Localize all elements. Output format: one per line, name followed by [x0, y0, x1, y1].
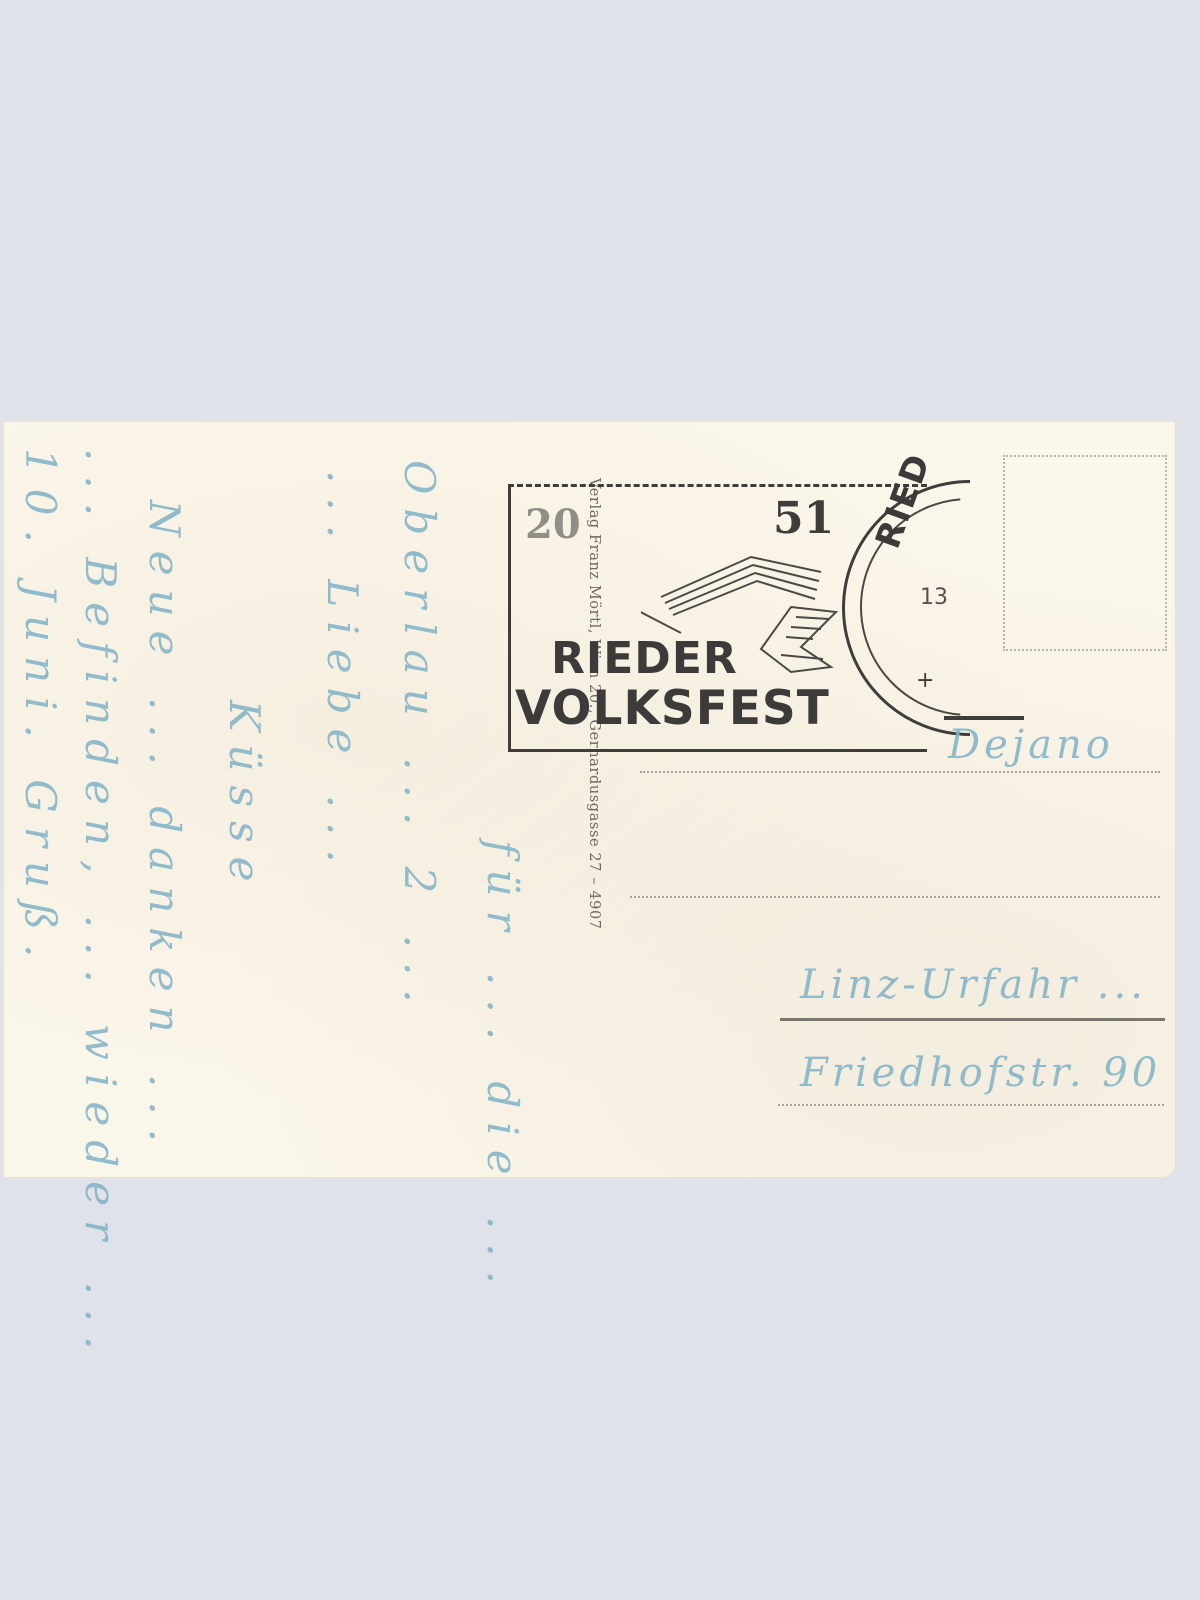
address-line-4 — [778, 1104, 1164, 1106]
address-line-1 — [640, 771, 1160, 773]
message-column-5: ... Liebe ... — [318, 470, 367, 877]
cancellation-slogan-line1: RIEDER — [551, 633, 738, 684]
message-column-3: Neue ... danken ... — [140, 500, 189, 1156]
address-text-3: Linz-Urfahr ... — [800, 962, 1147, 1008]
address-text-1: Dejano — [948, 722, 1114, 768]
address-underline — [780, 1018, 1165, 1021]
address-text-4: Friedhofstr. 90 — [800, 1050, 1161, 1096]
message-column-2: ... Befinden, ... wieder ... — [76, 448, 125, 1364]
cancellation-number-left: 20 — [525, 501, 581, 548]
cancellation-slogan-line2: VOLKSFEST — [515, 681, 830, 736]
stamp-box — [1003, 455, 1167, 651]
message-column-6: Oberlau ... 2 ... — [395, 460, 444, 1017]
message-column-1: 10. Juni. Gruß. — [16, 448, 65, 971]
postmark-day: 13 — [920, 585, 948, 610]
postmark-tail-line — [944, 716, 1024, 720]
postmark-mark: + — [916, 668, 934, 693]
message-column-7: für ... die ... — [478, 840, 527, 1298]
message-column-4: Küsse — [220, 700, 269, 895]
address-line-2 — [630, 896, 1160, 898]
